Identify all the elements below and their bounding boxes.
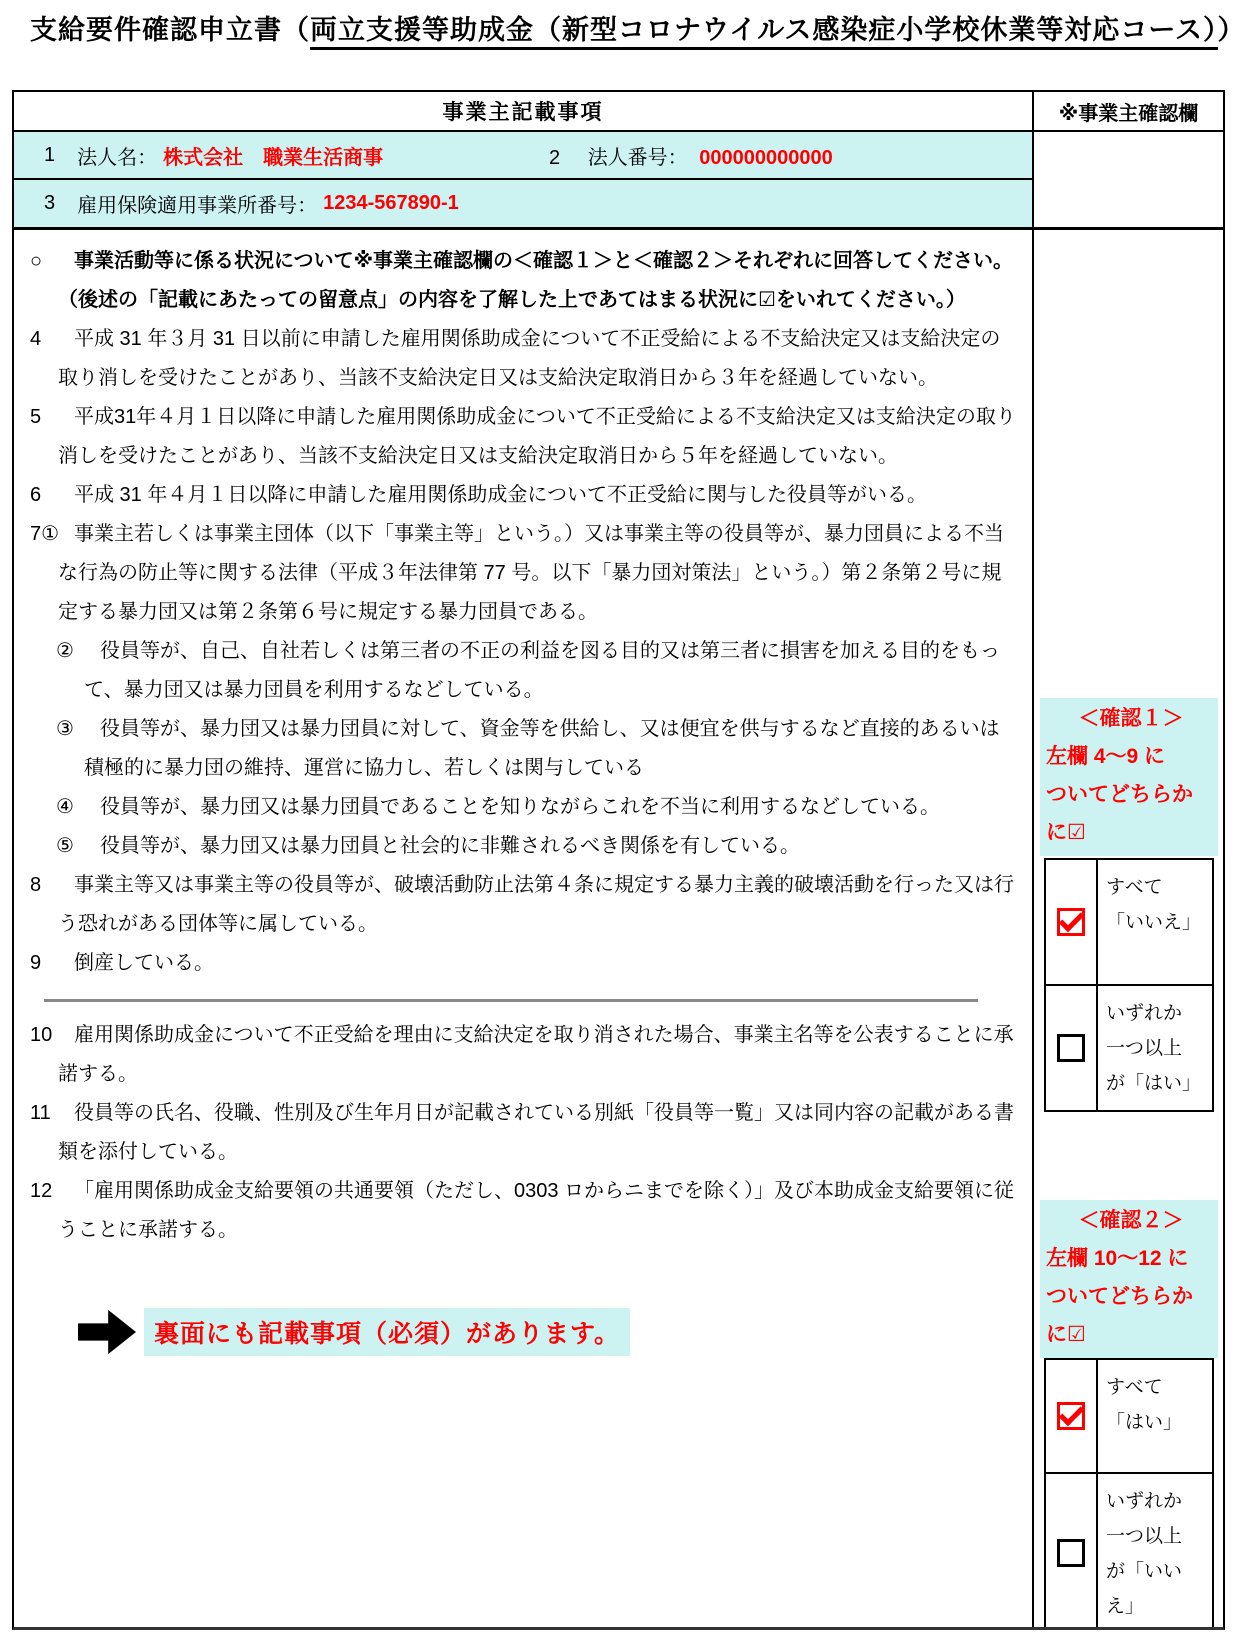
confirm1-title: ＜確認１＞ <box>1046 700 1216 738</box>
item3-number: 3 <box>44 192 55 215</box>
item-number: ② <box>56 632 100 671</box>
item-number: 5 <box>30 398 74 437</box>
title-suffix: ） <box>1218 15 1236 45</box>
confirm1-instruction: ＜確認１＞ 左欄 4～9 に ついてどちらか に☑ <box>1040 698 1218 856</box>
statement-item-6: 6平成 31 年４月１日以降に申請した雇用関係助成金について不正受給に関与した役… <box>30 476 1018 515</box>
item-text: 役員等が、自己、自社若しくは第三者の不正の利益を図る目的又は第三者に損害を加える… <box>84 640 1000 701</box>
item-text: 事業主等又は事業主等の役員等が、破壊活動防止法第４条に規定する暴力主義的破壊活動… <box>58 874 1014 935</box>
confirm2-body: 左欄 10～12 に ついてどちらか に☑ <box>1046 1240 1216 1354</box>
confirm1-option-all-no: すべて 「いいえ」 <box>1046 860 1212 986</box>
confirm1-body: 左欄 4～9 に ついてどちらか に☑ <box>1046 738 1216 852</box>
main-statements-cell: ○事業活動等に係る状況について※事業主確認欄の＜確認１＞と＜確認２＞それぞれに回… <box>14 230 1034 1627</box>
confirm2-option-label: いずれか 一つ以上 が「いい え」 <box>1098 1474 1212 1627</box>
item-text: 平成 31 年４月１日以降に申請した雇用関係助成金について不正受給に関与した役員… <box>74 484 927 506</box>
item-number: 9 <box>30 944 74 983</box>
confirm2-title: ＜確認２＞ <box>1046 1202 1216 1240</box>
confirm2-options-table: すべて 「はい」 いずれか 一つ以上 が「いい え」 <box>1044 1358 1214 1627</box>
form-page: 支給要件確認申立書（両立支援等助成金（新型コロナウイルス感染症小学校休業等対応コ… <box>0 0 1236 1652</box>
statement-item-12: 12「雇用関係助成金支給要領の共通要領（ただし、0303 ロからニまでを除く）」… <box>30 1172 1018 1250</box>
item-number: 4 <box>30 320 74 359</box>
statement-item-11: 11役員等の氏名、役職、性別及び生年月日が記載されている別紙「役員等一覧」又は同… <box>30 1094 1018 1172</box>
item-number: 6 <box>30 476 74 515</box>
item-number: 7① <box>30 515 74 554</box>
item-text: 雇用関係助成金について不正受給を理由に支給決定を取り消された場合、事業主名等を公… <box>58 1024 1014 1085</box>
item-number: ⑤ <box>56 827 100 866</box>
statement-item-5: 5平成31年４月１日以降に申請した雇用関係助成金について不正受給による不支給決定… <box>30 398 1018 476</box>
application-form-table: 事業主記載事項 ※事業主確認欄 1 法人名： 株式会社 職業生活商事 2 法人番… <box>12 90 1225 1630</box>
arrow-icon <box>78 1308 136 1356</box>
back-side-note-text: 裏面にも記載事項（必須）があります。 <box>144 1308 630 1356</box>
statement-item-7-4: ④役員等が、暴力団又は暴力団員であることを知りながらこれを不当に利用するなどして… <box>56 788 1018 827</box>
corporate-number-group: 2 法人番号： 000000000000 <box>549 141 833 170</box>
checkbox-cell <box>1046 1474 1098 1627</box>
confirm2-option-all-yes: すべて 「はい」 <box>1046 1360 1212 1474</box>
confirm1-option-label: いずれか 一つ以上 が「はい」 <box>1098 986 1212 1110</box>
insurance-number-label: 雇用保険適用事業所番号： <box>77 189 317 218</box>
corporate-name-value: 株式会社 職業生活商事 <box>163 141 383 170</box>
statement-item-9: 9倒産している。 <box>30 944 1018 983</box>
employer-confirm-cell: ＜確認１＞ 左欄 4～9 に ついてどちらか に☑ すべて 「いいえ」 いずれか… <box>1034 230 1223 1627</box>
item-number: 8 <box>30 866 74 905</box>
statement-item-7-5: ⑤役員等が、暴力団又は暴力団員と社会的に非難されるべき関係を有している。 <box>56 827 1018 866</box>
corporate-name-label: 法人名： <box>77 141 157 170</box>
item-number: ③ <box>56 710 100 749</box>
confirm1-checkbox-any-yes[interactable] <box>1057 1034 1085 1062</box>
item-number: ④ <box>56 788 100 827</box>
item-text: 平成31年４月１日以降に申請した雇用関係助成金について不正受給による不支給決定又… <box>58 406 1016 467</box>
statement-item-8: 8事業主等又は事業主等の役員等が、破壊活動防止法第４条に規定する暴力主義的破壊活… <box>30 866 1018 944</box>
intro-marker: ○ <box>30 242 74 281</box>
page-title: 支給要件確認申立書（両立支援等助成金（新型コロナウイルス感染症小学校休業等対応コ… <box>30 8 1236 47</box>
statement-item-7-3: ③役員等が、暴力団又は暴力団員に対して、資金等を供給し、又は便宜を供与するなど直… <box>56 710 1018 788</box>
statement-item-10: 10雇用関係助成金について不正受給を理由に支給決定を取り消された場合、事業主名等… <box>30 1016 1018 1094</box>
confirm1-option-label: すべて 「いいえ」 <box>1098 860 1212 984</box>
confirm2-instruction: ＜確認２＞ 左欄 10～12 に ついてどちらか に☑ <box>1040 1200 1218 1358</box>
corporate-name-group: 1 法人名： 株式会社 職業生活商事 <box>44 141 549 170</box>
insurance-number-value: 1234-567890-1 <box>323 192 459 215</box>
title-underlined: 両立支援等助成金（新型コロナウイルス感染症小学校休業等対応コース） <box>310 15 1218 50</box>
confirm2-checkbox-any-no[interactable] <box>1057 1539 1085 1567</box>
corporate-number-value: 000000000000 <box>699 147 832 169</box>
item2-number: 2 <box>549 147 560 169</box>
header-employer-entries: 事業主記載事項 <box>14 92 1034 132</box>
checkbox-cell <box>1046 860 1098 984</box>
intro-text: 事業活動等に係る状況について※事業主確認欄の＜確認１＞と＜確認２＞それぞれに回答… <box>58 250 1013 311</box>
item-text: 役員等が、暴力団又は暴力団員と社会的に非難されるべき関係を有している。 <box>100 835 800 857</box>
statement-item-7-1: 7①事業主若しくは事業主団体（以下「事業主等」という。）又は事業主等の役員等が、… <box>30 515 1018 632</box>
item1-number: 1 <box>44 144 55 167</box>
item-text: 倒産している。 <box>74 952 214 974</box>
confirm1-options-table: すべて 「いいえ」 いずれか 一つ以上 が「はい」 <box>1044 858 1214 1112</box>
row-employment-insurance-number: 3 雇用保険適用事業所番号： 1234-567890-1 <box>14 180 1034 230</box>
statement-item-7-2: ②役員等が、自己、自社若しくは第三者の不正の利益を図る目的又は第三者に損害を加え… <box>56 632 1018 710</box>
item-number: 12 <box>30 1172 74 1211</box>
item-text: 平成 31 年３月 31 日以前に申請した雇用関係助成金について不正受給による不… <box>58 328 1000 389</box>
corporate-number-label: 法人番号： <box>588 147 688 169</box>
confirm2-option-any-no: いずれか 一つ以上 が「いい え」 <box>1046 1474 1212 1627</box>
item-number: 10 <box>30 1016 74 1055</box>
item-text: 役員等が、暴力団又は暴力団員であることを知りながらこれを不当に利用するなどしてい… <box>100 796 940 818</box>
back-side-note: 裏面にも記載事項（必須）があります。 <box>78 1308 1018 1356</box>
confirm1-checkbox-all-no[interactable] <box>1057 908 1085 936</box>
confirm1-option-any-yes: いずれか 一つ以上 が「はい」 <box>1046 986 1212 1110</box>
checkbox-cell <box>1046 986 1098 1110</box>
statement-item-4: 4平成 31 年３月 31 日以前に申請した雇用関係助成金について不正受給による… <box>30 320 1018 398</box>
confirm2-checkbox-all-yes[interactable] <box>1057 1402 1085 1430</box>
confirm2-option-label: すべて 「はい」 <box>1098 1360 1212 1472</box>
confirm-column-empty-cell <box>1034 132 1223 230</box>
checkbox-cell <box>1046 1360 1098 1472</box>
section-divider <box>44 999 978 1002</box>
item-text: 役員等が、暴力団又は暴力団員に対して、資金等を供給し、又は便宜を供与するなど直接… <box>84 718 1000 779</box>
item-text: 事業主若しくは事業主団体（以下「事業主等」という。）又は事業主等の役員等が、暴力… <box>58 523 1004 623</box>
row-corporate-name-and-number: 1 法人名： 株式会社 職業生活商事 2 法人番号： 000000000000 <box>14 132 1034 180</box>
header-employer-confirm-column: ※事業主確認欄 <box>1034 92 1223 132</box>
title-prefix: 支給要件確認申立書（ <box>30 15 310 45</box>
item-text: 「雇用関係助成金支給要領の共通要領（ただし、0303 ロからニまでを除く）」及び… <box>58 1180 1014 1241</box>
item-number: 11 <box>30 1094 74 1133</box>
intro-statement: ○事業活動等に係る状況について※事業主確認欄の＜確認１＞と＜確認２＞それぞれに回… <box>30 242 1018 320</box>
item-text: 役員等の氏名、役職、性別及び生年月日が記載されている別紙「役員等一覧」又は同内容… <box>58 1102 1014 1163</box>
